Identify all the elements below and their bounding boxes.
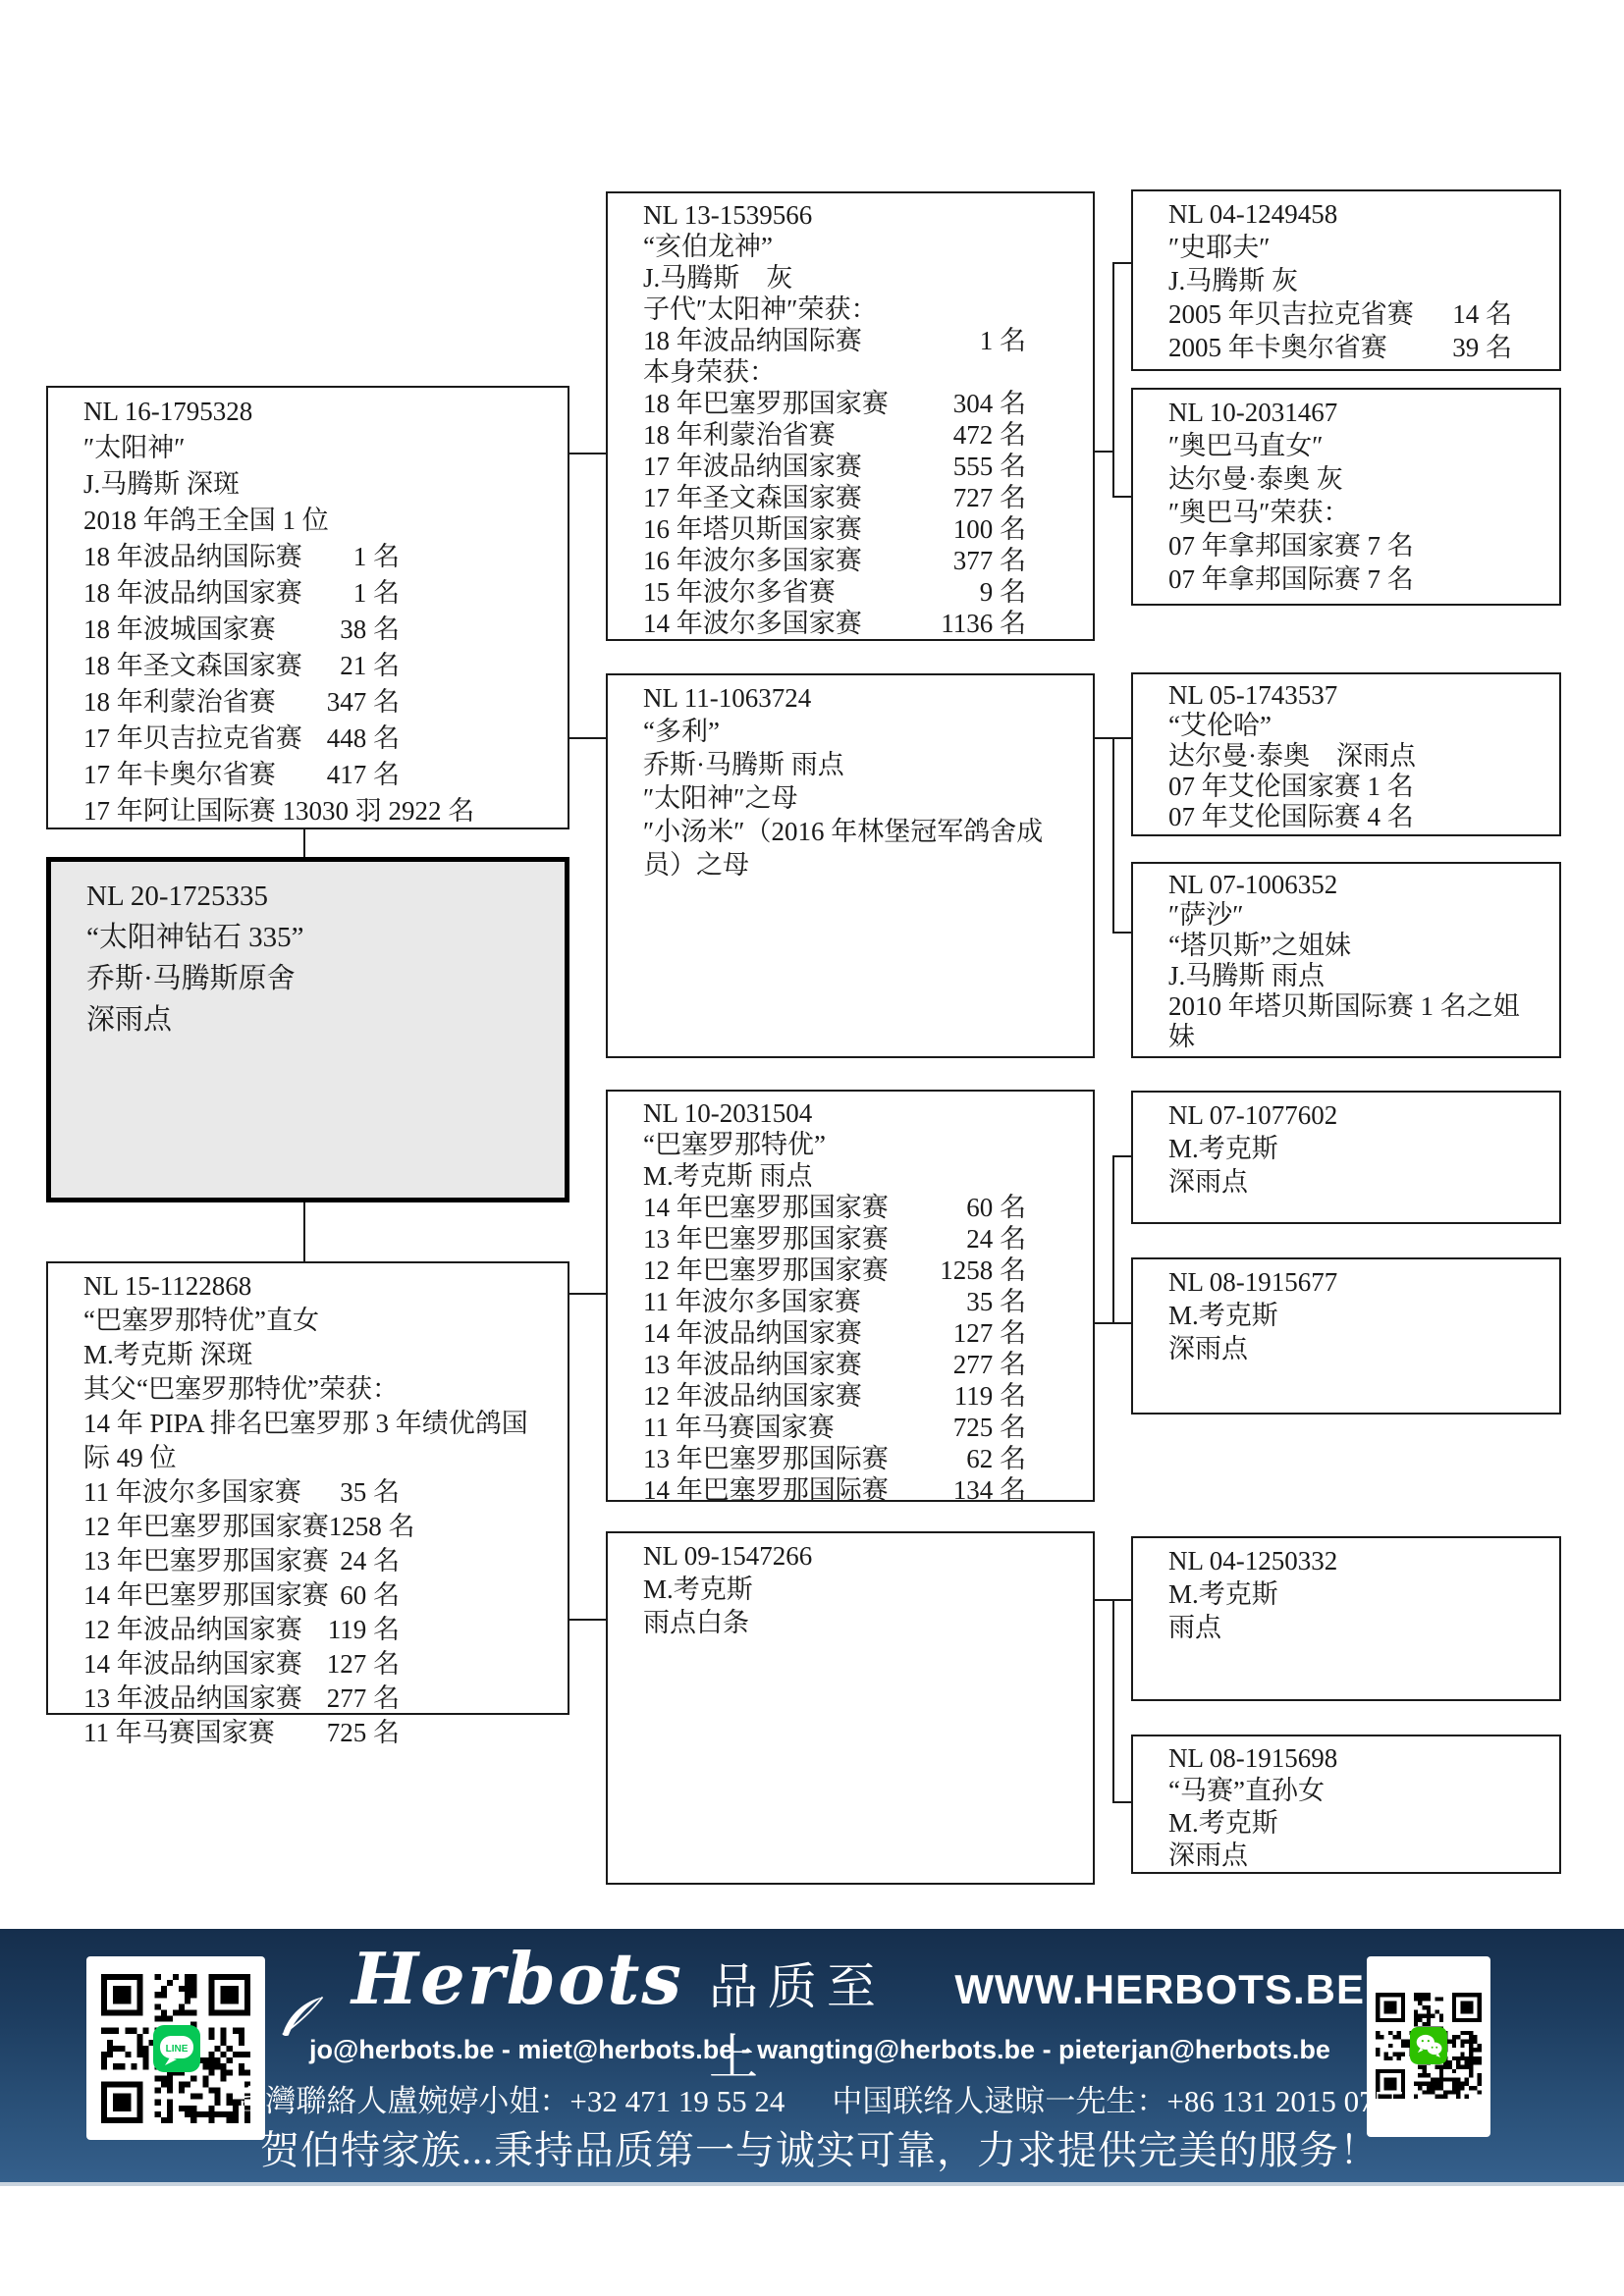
- race-name: 2005 年贝吉拉克省赛: [1168, 297, 1414, 331]
- connector-line: [1112, 1801, 1131, 1803]
- connector-line: [1095, 1599, 1114, 1601]
- race-result: 1 名: [980, 325, 1026, 356]
- result-row: 14 年巴塞罗那国家赛60 名: [83, 1578, 400, 1613]
- text-line: J.马腾斯 灰: [643, 262, 1069, 294]
- race-name: 14 年波品纳国家赛: [643, 1317, 862, 1349]
- connector-line: [303, 1202, 305, 1261]
- text-line: ″奥巴马″荣获：: [1168, 496, 1536, 529]
- race-name: 13 年巴塞罗那国家赛: [643, 1223, 889, 1255]
- race-name: 18 年波城国家赛: [83, 612, 276, 648]
- race-result: 304 名: [953, 388, 1026, 419]
- box-content: NL 09-1547266M.考克斯雨点白条: [608, 1533, 1093, 1639]
- result-row: 12 年巴塞罗那国家赛1258 名: [643, 1255, 1026, 1286]
- connector-line: [1095, 451, 1114, 453]
- text-line: J.马腾斯 雨点: [1168, 961, 1536, 991]
- result-row: 11 年马赛国家赛725 名: [643, 1412, 1026, 1443]
- connector-line: [1112, 1322, 1131, 1324]
- text-line: 达尔曼·泰奥 灰: [1168, 462, 1536, 496]
- race-result: 1258 名: [940, 1255, 1026, 1286]
- race-name: 18 年波品纳国家赛: [83, 575, 302, 612]
- race-name: 16 年塔贝斯国家赛: [643, 513, 862, 545]
- text-line: NL 05-1743537: [1168, 680, 1536, 711]
- svg-text:LINE: LINE: [166, 2044, 189, 2055]
- connector-line: [1112, 496, 1131, 498]
- text-line: M.考克斯 深斑: [83, 1338, 544, 1372]
- text-line: J.马腾斯 灰: [1168, 264, 1536, 297]
- race-result: 9 名: [980, 576, 1026, 608]
- box-content: NL 07-1006352″萨沙″“塔贝斯”之姐妹J.马腾斯 雨点2010 年塔…: [1133, 864, 1559, 1052]
- race-result: 24 名: [340, 1544, 400, 1578]
- result-row: 13 年波品纳国家赛277 名: [83, 1682, 400, 1716]
- pedigree-box-granddam-2: NL 09-1547266M.考克斯雨点白条: [606, 1531, 1095, 1885]
- pedigree-box-ggp-2: NL 10-2031467″奥巴马直女″达尔曼·泰奥 灰″奥巴马″荣获：07 年…: [1131, 388, 1561, 606]
- box-content: NL 04-1250332M.考克斯雨点: [1133, 1538, 1559, 1644]
- box-content: NL 16-1795328″太阳神″J.马腾斯 深斑2018 年鸽王全国 1 位…: [48, 388, 568, 829]
- race-name: 15 年波尔多省赛: [643, 576, 836, 608]
- result-row: 18 年利蒙治省赛347 名: [83, 684, 400, 721]
- result-row: 13 年巴塞罗那国家赛24 名: [83, 1544, 400, 1578]
- contact-china: 中国联络人逯晾一先生：+86 131 2015 0755: [832, 2084, 1404, 2118]
- brand-row: Herbots 品质至上 WWW.HERBOTS.BE: [275, 1937, 1365, 2089]
- result-row: 2005 年贝吉拉克省赛14 名: [1168, 297, 1512, 331]
- text-line: 2010 年塔贝斯国际赛 1 名之姐妹: [1168, 991, 1536, 1052]
- text-line: ″萨沙″: [1168, 900, 1536, 931]
- text-line: NL 10-2031504: [643, 1097, 1069, 1129]
- text-line: “马赛”直孙女: [1168, 1775, 1536, 1807]
- race-name: 13 年波品纳国家赛: [643, 1349, 862, 1380]
- race-name: 11 年波尔多国家赛: [83, 1475, 301, 1510]
- pedigree-box-ggp-7: NL 04-1250332M.考克斯雨点: [1131, 1536, 1561, 1701]
- result-row: 18 年波品纳国际赛1 名: [83, 539, 400, 575]
- text-line: NL 04-1249458: [1168, 197, 1536, 231]
- result-row: 16 年波尔多国家赛377 名: [643, 545, 1026, 576]
- text-line: M.考克斯: [1168, 1132, 1536, 1165]
- result-row: 18 年波城国家赛38 名: [83, 612, 400, 648]
- result-row: 18 年波品纳国际赛1 名: [643, 325, 1026, 356]
- race-result: 14 名: [1452, 297, 1512, 331]
- text-line: NL 08-1915698: [1168, 1742, 1536, 1775]
- race-result: 21 名: [340, 648, 400, 684]
- result-row: 17 年波品纳国家赛555 名: [643, 451, 1026, 482]
- result-row: 17 年贝吉拉克省赛448 名: [83, 721, 400, 757]
- result-row: 15 年波尔多省赛9 名: [643, 576, 1026, 608]
- text-line: 雨点: [1168, 1611, 1536, 1644]
- race-result: 127 名: [953, 1317, 1026, 1349]
- result-row: 12 年波品纳国家赛119 名: [83, 1613, 400, 1647]
- connector-line: [569, 453, 606, 454]
- connector-line: [1112, 1155, 1114, 1324]
- text-line: “多利”: [643, 715, 1069, 748]
- race-result: 725 名: [953, 1412, 1026, 1443]
- text-line: 深雨点: [86, 999, 541, 1041]
- pedigree-box-grandsire-1: NL 13-1539566“亥伯龙神”J.马腾斯 灰子代″太阳神″荣获：18 年…: [606, 191, 1095, 641]
- text-line: “太阳神钻石 335”: [86, 917, 541, 958]
- wechat-icon: [1410, 2027, 1447, 2064]
- result-row: 12 年巴塞罗那国家赛1258 名: [83, 1510, 400, 1544]
- text-line: 其父“巴塞罗那特优”荣获：: [83, 1372, 544, 1407]
- race-name: 14 年巴塞罗那国际赛: [643, 1474, 889, 1506]
- race-name: 12 年巴塞罗那国家赛: [83, 1510, 329, 1544]
- race-name: 13 年巴塞罗那国家赛: [83, 1544, 329, 1578]
- box-content: NL 13-1539566“亥伯龙神”J.马腾斯 灰子代″太阳神″荣获：18 年…: [608, 193, 1093, 639]
- result-row: 16 年塔贝斯国家赛100 名: [643, 513, 1026, 545]
- race-name: 14 年波品纳国家赛: [83, 1647, 302, 1682]
- result-row: 13 年波品纳国家赛277 名: [643, 1349, 1026, 1380]
- race-name: 18 年巴塞罗那国家赛: [643, 388, 889, 419]
- contact-taiwan: 台灣聯絡人盧婉婷小姐：+32 471 19 55 24: [235, 2084, 785, 2118]
- pedigree-box-main-bird: NL 20-1725335“太阳神钻石 335”乔斯·马腾斯原舍深雨点: [46, 857, 569, 1202]
- race-name: 18 年利蒙治省赛: [83, 684, 276, 721]
- text-line: 深雨点: [1168, 1165, 1536, 1199]
- result-row: 14 年巴塞罗那国家赛60 名: [643, 1192, 1026, 1223]
- brand-logo-text: Herbots: [352, 1937, 683, 2020]
- result-row: 11 年马赛国家赛725 名: [83, 1716, 400, 1750]
- email-addresses: jo@herbots.be - miet@herbots.be - wangti…: [275, 2035, 1365, 2065]
- text-line: J.马腾斯 深斑: [83, 466, 544, 503]
- race-name: 16 年波尔多国家赛: [643, 545, 862, 576]
- text-line: 达尔曼·泰奥 深雨点: [1168, 741, 1536, 772]
- connector-line: [303, 829, 305, 857]
- text-line: 07 年艾伦国家赛 1 名: [1168, 772, 1536, 802]
- race-result: 472 名: [953, 419, 1026, 451]
- pedigree-box-ggp-1: NL 04-1249458″史耶夫″J.马腾斯 灰2005 年贝吉拉克省赛14 …: [1131, 189, 1561, 371]
- result-row: 12 年波品纳国家赛119 名: [643, 1380, 1026, 1412]
- connector-line: [1112, 737, 1114, 934]
- race-result: 277 名: [327, 1682, 400, 1716]
- race-name: 14 年巴塞罗那国家赛: [643, 1192, 889, 1223]
- line-app-icon: LINE: [153, 2025, 200, 2072]
- box-content: NL 10-2031504“巴塞罗那特优”M.考克斯 雨点14 年巴塞罗那国家赛…: [608, 1092, 1093, 1506]
- box-content: NL 08-1915677M.考克斯深雨点: [1133, 1259, 1559, 1365]
- text-line: NL 09-1547266: [643, 1539, 1069, 1573]
- pedigree-box-mother: NL 15-1122868“巴塞罗那特优”直女M.考克斯 深斑其父“巴塞罗那特优…: [46, 1261, 569, 1715]
- pedigree-box-grandsire-2: NL 10-2031504“巴塞罗那特优”M.考克斯 雨点14 年巴塞罗那国家赛…: [606, 1090, 1095, 1502]
- connector-line: [1112, 1155, 1131, 1157]
- text-line: 07 年拿邦国家赛 7 名: [1168, 529, 1536, 562]
- pedigree-box-father: NL 16-1795328″太阳神″J.马腾斯 深斑2018 年鸽王全国 1 位…: [46, 386, 569, 829]
- box-content: NL 07-1077602M.考克斯深雨点: [1133, 1093, 1559, 1199]
- box-content: NL 04-1249458″史耶夫″J.马腾斯 灰2005 年贝吉拉克省赛14 …: [1133, 191, 1559, 364]
- text-line: M.考克斯 雨点: [643, 1160, 1069, 1192]
- box-content: NL 10-2031467″奥巴马直女″达尔曼·泰奥 灰″奥巴马″荣获：07 年…: [1133, 390, 1559, 596]
- race-name: 18 年利蒙治省赛: [643, 419, 836, 451]
- box-content: NL 20-1725335“太阳神钻石 335”乔斯·马腾斯原舍深雨点: [51, 862, 565, 1041]
- race-name: 12 年巴塞罗那国家赛: [643, 1255, 889, 1286]
- race-result: 277 名: [953, 1349, 1026, 1380]
- connector-line: [1112, 737, 1131, 739]
- text-line: 深雨点: [1168, 1840, 1536, 1872]
- pedigree-box-ggp-8: NL 08-1915698“马赛”直孙女M.考克斯深雨点: [1131, 1735, 1561, 1874]
- text-line: NL 16-1795328: [83, 394, 544, 430]
- text-line: NL 10-2031467: [1168, 396, 1536, 429]
- text-line: 07 年艾伦国际赛 4 名: [1168, 802, 1536, 832]
- text-line: “塔贝斯”之姐妹: [1168, 931, 1536, 961]
- pedigree-page: NL 16-1795328″太阳神″J.马腾斯 深斑2018 年鸽王全国 1 位…: [0, 0, 1624, 2296]
- race-name: 11 年波尔多国家赛: [643, 1286, 861, 1317]
- result-row: 2005 年卡奥尔省赛39 名: [1168, 331, 1512, 364]
- race-name: 17 年贝吉拉克省赛: [83, 721, 302, 757]
- connector-line: [1112, 1599, 1114, 1803]
- text-line: 2018 年鸽王全国 1 位: [83, 503, 544, 539]
- result-row: 17 年圣文森国家赛727 名: [643, 482, 1026, 513]
- text-line: 深雨点: [1168, 1332, 1536, 1365]
- race-name: 18 年波品纳国际赛: [643, 325, 862, 356]
- box-content: NL 15-1122868“巴塞罗那特优”直女M.考克斯 深斑其父“巴塞罗那特优…: [48, 1263, 568, 1750]
- text-line: 乔斯·马腾斯 雨点: [643, 748, 1069, 781]
- website-url: WWW.HERBOTS.BE: [954, 1966, 1365, 2013]
- race-result: 119 名: [954, 1380, 1026, 1412]
- connector-line: [1095, 737, 1114, 739]
- connector-line: [569, 1293, 606, 1295]
- race-result: 60 名: [340, 1578, 400, 1613]
- text-line: NL 20-1725335: [86, 876, 541, 917]
- result-row: 18 年利蒙治省赛472 名: [643, 419, 1026, 451]
- connector-line: [569, 737, 606, 739]
- text-line: ″史耶夫″: [1168, 231, 1536, 264]
- result-row: 11 年波尔多国家赛35 名: [643, 1286, 1026, 1317]
- result-row: 14 年波品纳国家赛127 名: [643, 1317, 1026, 1349]
- text-line: 雨点白条: [643, 1606, 1069, 1639]
- footer-banner: LINE: [0, 1929, 1624, 2186]
- race-result: 417 名: [327, 757, 400, 793]
- race-result: 39 名: [1452, 331, 1512, 364]
- pedigree-box-ggp-6: NL 08-1915677M.考克斯深雨点: [1131, 1257, 1561, 1415]
- race-result: 62 名: [966, 1443, 1026, 1474]
- text-line: “巴塞罗那特优”: [643, 1129, 1069, 1160]
- race-result: 555 名: [953, 451, 1026, 482]
- contact-line: 台灣聯絡人盧婉婷小姐：+32 471 19 55 24中国联络人逯晾一先生：+8…: [147, 2076, 1492, 2120]
- pedigree-box-granddam-1: NL 11-1063724“多利”乔斯·马腾斯 雨点″太阳神″之母″小汤米″（2…: [606, 673, 1095, 1058]
- race-result: 377 名: [953, 545, 1026, 576]
- race-name: 18 年圣文森国家赛: [83, 648, 302, 684]
- race-result: 725 名: [327, 1716, 400, 1750]
- text-line: 子代″太阳神″荣获：: [643, 294, 1069, 325]
- race-result: 38 名: [340, 612, 400, 648]
- connector-line: [1112, 932, 1131, 934]
- connector-line: [1112, 1599, 1131, 1601]
- race-result: 1258 名: [329, 1510, 415, 1544]
- pedigree-box-ggp-3: NL 05-1743537“艾伦哈”达尔曼·泰奥 深雨点07 年艾伦国家赛 1 …: [1131, 672, 1561, 836]
- text-line: 14 年 PIPA 排名巴塞罗那 3 年绩优鸽国际 49 位: [83, 1407, 544, 1475]
- text-line: ″小汤米″（2016 年林堡冠军鸽舍成员）之母: [643, 815, 1069, 881]
- text-line: 17 年阿让国际赛 13030 羽 2922 名: [83, 793, 544, 829]
- result-row: 13 年巴塞罗那国家赛24 名: [643, 1223, 1026, 1255]
- race-name: 2005 年卡奥尔省赛: [1168, 331, 1387, 364]
- text-line: 07 年拿邦国际赛 7 名: [1168, 562, 1536, 596]
- result-row: 18 年波品纳国家赛1 名: [83, 575, 400, 612]
- pedigree-box-ggp-5: NL 07-1077602M.考克斯深雨点: [1131, 1091, 1561, 1224]
- slogan-line: 贺伯特家族...秉持品质第一与诚实可靠，力求提供完美的服务！: [147, 2119, 1492, 2175]
- text-line: NL 13-1539566: [643, 199, 1069, 231]
- race-name: 18 年波品纳国际赛: [83, 539, 302, 575]
- race-result: 1 名: [353, 575, 400, 612]
- text-line: 本身荣获：: [643, 356, 1069, 388]
- connector-line: [569, 1619, 606, 1621]
- text-line: ″太阳神″之母: [643, 781, 1069, 815]
- text-line: M.考克斯: [1168, 1577, 1536, 1611]
- race-result: 134 名: [953, 1474, 1026, 1506]
- race-result: 24 名: [966, 1223, 1026, 1255]
- race-result: 35 名: [340, 1475, 400, 1510]
- text-line: NL 15-1122868: [83, 1269, 544, 1304]
- race-result: 60 名: [966, 1192, 1026, 1223]
- race-name: 17 年圣文森国家赛: [643, 482, 862, 513]
- result-row: 13 年巴塞罗那国际赛62 名: [643, 1443, 1026, 1474]
- text-line: 乔斯·马腾斯原舍: [86, 958, 541, 999]
- result-row: 18 年圣文森国家赛21 名: [83, 648, 400, 684]
- text-line: “艾伦哈”: [1168, 711, 1536, 741]
- race-result: 1 名: [353, 539, 400, 575]
- text-line: “亥伯龙神”: [643, 231, 1069, 262]
- box-content: NL 11-1063724“多利”乔斯·马腾斯 雨点″太阳神″之母″小汤米″（2…: [608, 675, 1093, 881]
- text-line: M.考克斯: [643, 1573, 1069, 1606]
- race-result: 448 名: [327, 721, 400, 757]
- race-name: 12 年波品纳国家赛: [643, 1380, 862, 1412]
- connector-line: [1112, 262, 1131, 264]
- race-name: 17 年波品纳国家赛: [643, 451, 862, 482]
- race-name: 14 年巴塞罗那国家赛: [83, 1578, 329, 1613]
- race-name: 11 年马赛国家赛: [643, 1412, 835, 1443]
- race-result: 100 名: [953, 513, 1026, 545]
- text-line: ″奥巴马直女″: [1168, 429, 1536, 462]
- race-name: 11 年马赛国家赛: [83, 1716, 275, 1750]
- text-line: NL 07-1077602: [1168, 1098, 1536, 1132]
- race-name: 17 年卡奥尔省赛: [83, 757, 276, 793]
- text-line: “巴塞罗那特优”直女: [83, 1304, 544, 1338]
- box-content: NL 08-1915698“马赛”直孙女M.考克斯深雨点: [1133, 1736, 1559, 1872]
- text-line: NL 08-1915677: [1168, 1265, 1536, 1299]
- result-row: 14 年波尔多国家赛1136 名: [643, 608, 1026, 639]
- race-result: 727 名: [953, 482, 1026, 513]
- race-result: 347 名: [327, 684, 400, 721]
- race-name: 13 年波品纳国家赛: [83, 1682, 302, 1716]
- race-name: 14 年波尔多国家赛: [643, 608, 862, 639]
- text-line: NL 04-1250332: [1168, 1544, 1536, 1577]
- text-line: NL 07-1006352: [1168, 870, 1536, 900]
- result-row: 18 年巴塞罗那国家赛304 名: [643, 388, 1026, 419]
- text-line: M.考克斯: [1168, 1807, 1536, 1840]
- result-row: 17 年卡奥尔省赛417 名: [83, 757, 400, 793]
- brand-tagline-cn: 品质至上: [709, 1948, 929, 2089]
- race-result: 127 名: [327, 1647, 400, 1682]
- connector-line: [1112, 262, 1114, 498]
- pedigree-box-ggp-4: NL 07-1006352″萨沙″“塔贝斯”之姐妹J.马腾斯 雨点2010 年塔…: [1131, 862, 1561, 1058]
- race-result: 35 名: [966, 1286, 1026, 1317]
- box-content: NL 05-1743537“艾伦哈”达尔曼·泰奥 深雨点07 年艾伦国家赛 1 …: [1133, 674, 1559, 832]
- connector-line: [1095, 1322, 1114, 1324]
- text-line: NL 11-1063724: [643, 681, 1069, 715]
- race-name: 12 年波品纳国家赛: [83, 1613, 302, 1647]
- result-row: 11 年波尔多国家赛35 名: [83, 1475, 400, 1510]
- text-line: ″太阳神″: [83, 430, 544, 466]
- text-line: M.考克斯: [1168, 1299, 1536, 1332]
- result-row: 14 年巴塞罗那国际赛134 名: [643, 1474, 1026, 1506]
- race-result: 119 名: [328, 1613, 400, 1647]
- race-name: 13 年巴塞罗那国际赛: [643, 1443, 889, 1474]
- result-row: 14 年波品纳国家赛127 名: [83, 1647, 400, 1682]
- race-result: 1136 名: [941, 608, 1026, 639]
